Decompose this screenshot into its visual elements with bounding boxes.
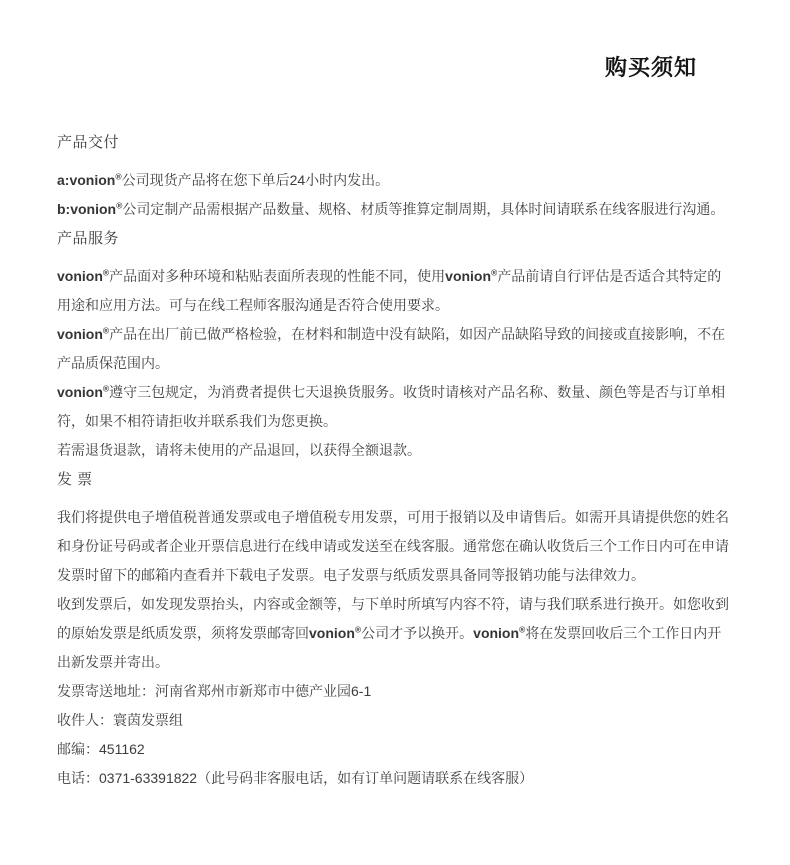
- section-heading-product-service: 产品服务: [57, 224, 790, 253]
- paragraph-return-exchange-policy: vonion®遵守三包规定，为消费者提供七天退换货服务。收货时请核对产品名称、数…: [57, 378, 729, 436]
- section-product-delivery: 产品交付 a:vonion®公司现货产品将在您下单后24小时内发出。 b:von…: [57, 128, 790, 224]
- line-invoice-phone: 电话：0371-63391822（此号码非客服电话，如有订单问题请联系在线客服）: [57, 764, 729, 793]
- paragraph-delivery-custom-order: b:vonion®公司定制产品需根据产品数量、规格、材质等推算定制周期，具体时间…: [57, 195, 729, 224]
- paragraph-invoice-types: 我们将提供电子增值税普通发票或电子增值税专用发票，可用于报销以及申请售后。如需开…: [57, 503, 729, 590]
- line-invoice-postcode: 邮编：451162: [57, 735, 729, 764]
- paragraph-invoice-reissue: 收到发票后，如发现发票抬头，内容或金额等，与下单时所填写内容不符，请与我们联系进…: [57, 590, 729, 677]
- paragraph-delivery-in-stock: a:vonion®公司现货产品将在您下单后24小时内发出。: [57, 166, 729, 195]
- purchase-notes-document: 购买须知 产品交付 a:vonion®公司现货产品将在您下单后24小时内发出。 …: [0, 0, 790, 865]
- page-title: 购买须知: [57, 53, 697, 83]
- paragraph-quality-inspection: vonion®产品在出厂前已做严格检验，在材料和制造中没有缺陷，如因产品缺陷导致…: [57, 320, 729, 378]
- paragraph-refund-condition: 若需退货退款，请将未使用的产品退回，以获得全额退款。: [57, 436, 729, 465]
- section-product-service: 产品服务 vonion®产品面对多种环境和粘贴表面所表现的性能不同，使用voni…: [57, 224, 790, 465]
- line-invoice-recipient: 收件人：寰茵发票组: [57, 706, 729, 735]
- section-heading-invoice: 发 票: [57, 465, 790, 494]
- paragraph-performance-evaluation: vonion®产品面对多种环境和粘贴表面所表现的性能不同，使用vonion®产品…: [57, 262, 729, 320]
- line-invoice-mailing-address: 发票寄送地址：河南省郑州市新郑市中德产业园6-1: [57, 677, 729, 706]
- section-invoice: 发 票 我们将提供电子增值税普通发票或电子增值税专用发票，可用于报销以及申请售后…: [57, 465, 790, 793]
- section-heading-product-delivery: 产品交付: [57, 128, 790, 157]
